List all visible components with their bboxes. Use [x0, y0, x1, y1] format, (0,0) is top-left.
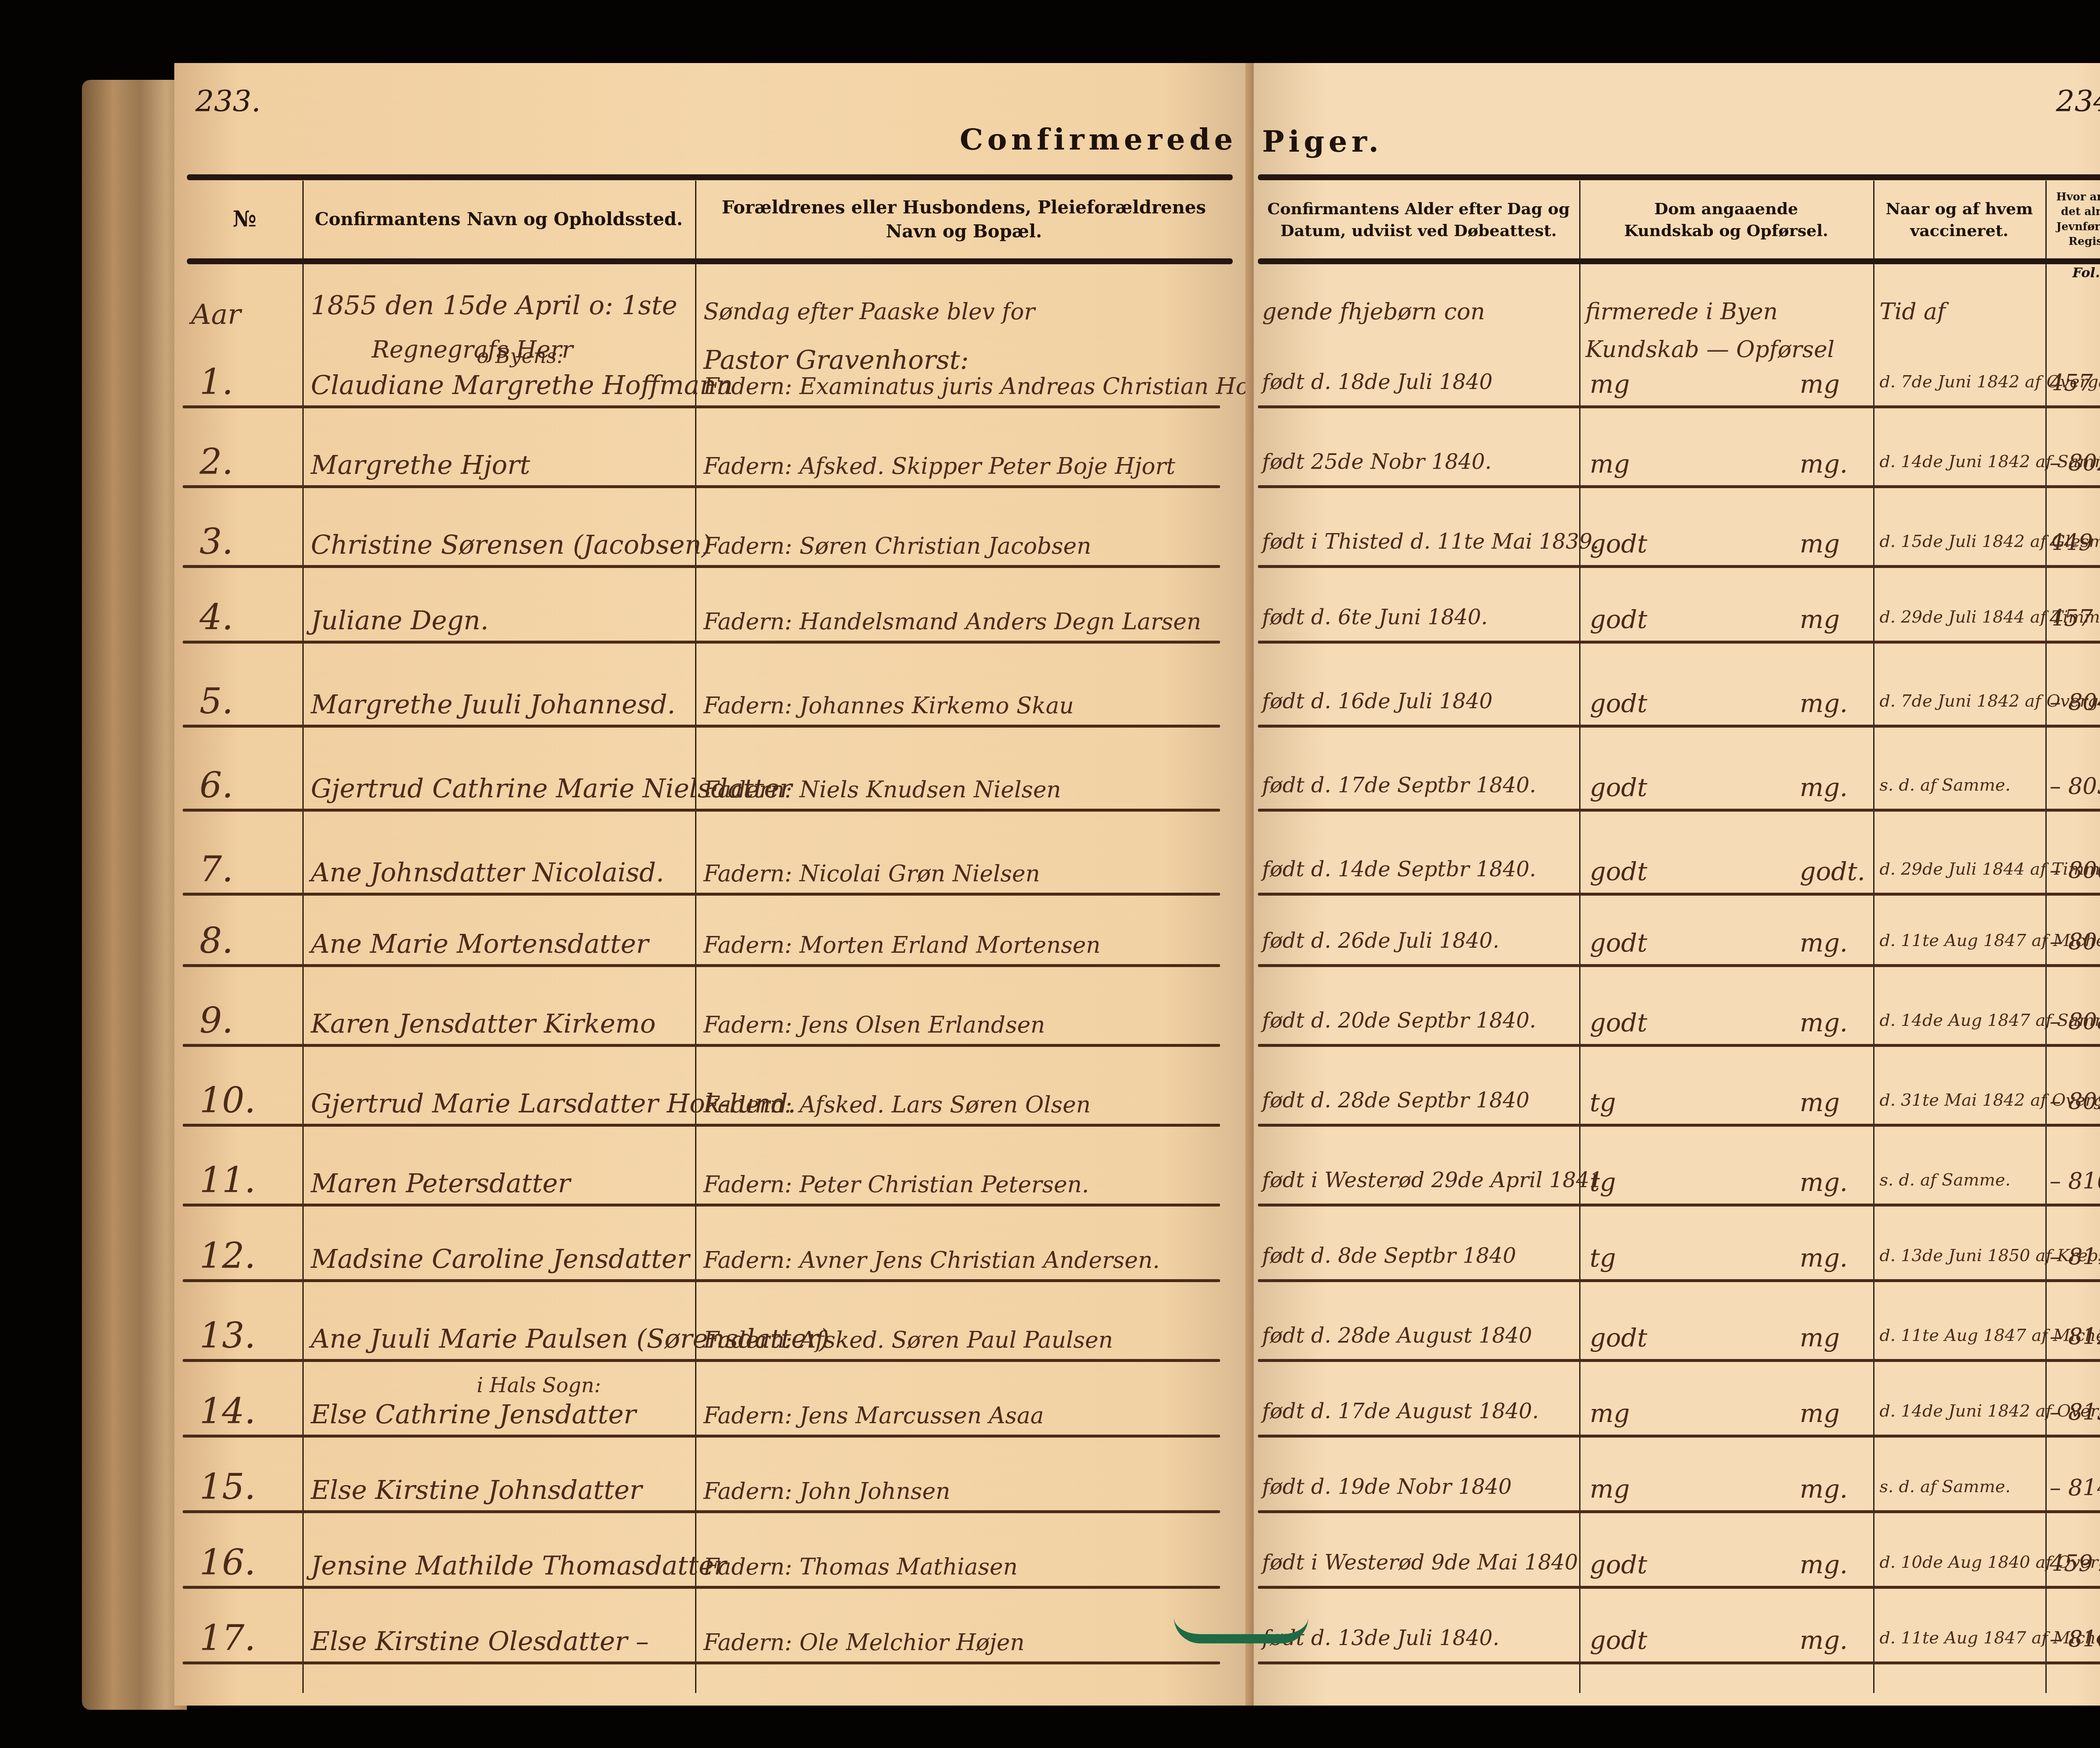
entry-knowledge: godt: [1590, 529, 1647, 559]
entry-name: Ane Marie Mortensdatter: [311, 928, 648, 959]
row-rule: [1258, 405, 2100, 408]
preamble-age: gende fhjebørn con: [1262, 298, 1485, 325]
column-header-age: Confirmantens Alder efter Dag og Datum, …: [1258, 181, 1579, 258]
title-left: Confirmerede: [960, 122, 1237, 157]
entry-knowledge: tg: [1590, 1243, 1616, 1273]
entry-birth-date: født 25de Nobr 1840.: [1262, 449, 1492, 474]
entry-conduct: mg: [1800, 1088, 1840, 1117]
entry-number: 14.: [199, 1391, 256, 1432]
entry-birth-date: født i Westerød 9de Mai 1840: [1262, 1550, 1578, 1575]
right-page: 234. Piger. Confirmantens Alder efter Da…: [1254, 63, 2100, 1706]
entry-vaccinated: s. d. af Samme.: [1879, 775, 2011, 795]
entry-conduct: mg.: [1800, 928, 1848, 958]
row-rule: [1258, 1661, 2100, 1664]
entry-name: Else Kirstine Johnsdatter: [311, 1475, 642, 1505]
entry-register: – 810.: [2050, 1168, 2100, 1194]
entry-parents: Fadern: Thomas Mathiasen: [703, 1553, 1018, 1580]
left-page-number: 233.: [195, 84, 261, 118]
entry-parents: Fadern: Nicolai Grøn Nielsen: [703, 860, 1040, 887]
entry-birth-date: født d. 16de Juli 1840: [1262, 689, 1493, 713]
entry-parents: Fadern: Handelsmand Anders Degn Larsen: [703, 608, 1201, 635]
open-register-book: 233. Confirmerede № Confirmantens Navn o…: [82, 55, 2100, 1718]
column-header-name: Confirmantens Navn og Opholdssted.: [302, 181, 695, 258]
row-rule: [183, 893, 1220, 896]
preamble-parents-1: Søndag efter Paaske blev for: [703, 298, 1035, 325]
entry-name: Else Cathrine Jensdatter: [311, 1399, 636, 1430]
entry-birth-date: født i Thisted d. 11te Mai 1839.: [1262, 529, 1599, 554]
year-label: Aar: [191, 298, 241, 331]
entry-conduct: mg: [1800, 605, 1840, 634]
right-page-number: 234.: [2056, 84, 2100, 118]
entry-knowledge: godt: [1590, 773, 1647, 802]
entry-conduct: mg.: [1800, 689, 1848, 718]
row-rule: [183, 725, 1220, 728]
entry-register: – 809: [2050, 1088, 2100, 1115]
row-rule: [183, 485, 1220, 488]
row-rule: [1258, 893, 2100, 896]
entry-birth-date: født d. 17de August 1840.: [1262, 1399, 1539, 1423]
entry-register: – 816: [2050, 1626, 2100, 1652]
entry-knowledge: godt: [1590, 1323, 1647, 1353]
header-bottom-rule: [1258, 258, 2100, 264]
column-header-no: №: [187, 181, 302, 258]
entry-conduct: mg.: [1800, 1550, 1848, 1580]
entry-number: 10.: [199, 1080, 256, 1121]
row-rule: [183, 641, 1220, 644]
entry-number: 9.: [199, 1000, 233, 1041]
row-rule: [1258, 1124, 2100, 1127]
row-rule: [183, 1044, 1220, 1047]
entry-number: 16.: [199, 1542, 256, 1583]
entry-knowledge: mg: [1590, 449, 1630, 479]
row-rule: [183, 1124, 1220, 1127]
entry-knowledge: mg: [1590, 370, 1630, 399]
entry-register: 459 – 815.: [2050, 1550, 2100, 1577]
entry-name: Ane Johnsdatter Nicolaisd.: [311, 857, 664, 888]
entry-name: Else Kirstine Olesdatter –: [311, 1626, 649, 1656]
entry-conduct: mg.: [1800, 1168, 1848, 1197]
entry-name-note: i Hals Sogn:: [477, 1374, 601, 1397]
row-rule: [1258, 964, 2100, 967]
header-top-rule: [1258, 174, 2100, 180]
entry-name: Jensine Mathilde Thomasdatter: [311, 1550, 727, 1581]
entry-conduct: mg.: [1800, 1243, 1848, 1273]
row-rule: [183, 964, 1220, 967]
entry-register: 449 – 677.: [2050, 529, 2100, 556]
entry-conduct: mg.: [1800, 1475, 1848, 1504]
entry-name: Claudiane Margrethe Hoffmann: [311, 370, 733, 400]
entry-birth-date: født i Westerød 29de April 1841: [1262, 1168, 1603, 1192]
row-rule: [183, 1279, 1220, 1282]
entry-birth-date: født d. 14de Septbr 1840.: [1262, 857, 1536, 881]
preamble-vaccinated: Tid af: [1879, 298, 1945, 325]
entry-parents: Fadern: Johannes Kirkemo Skau: [703, 692, 1074, 719]
row-rule: [183, 1359, 1220, 1362]
entry-knowledge: mg: [1590, 1475, 1630, 1504]
entry-knowledge: godt: [1590, 928, 1647, 958]
column-header-vaccinated: Naar og af hvem vaccineret.: [1873, 181, 2045, 258]
entry-knowledge: mg: [1590, 1399, 1630, 1428]
row-rule: [1258, 1510, 2100, 1513]
entry-register: – 804: [2050, 689, 2100, 715]
entry-register: 457 – 801.: [2050, 370, 2100, 396]
row-rule: [183, 1586, 1220, 1589]
row-rule: [1258, 641, 2100, 644]
entry-knowledge: tg: [1590, 1088, 1616, 1117]
entry-number: 3.: [199, 521, 233, 562]
entry-vaccinated: s. d. af Samme.: [1879, 1170, 2011, 1190]
entry-number: 12.: [199, 1235, 256, 1276]
entry-knowledge: godt: [1590, 689, 1647, 718]
row-rule: [183, 405, 1220, 408]
entry-number: 6.: [199, 765, 233, 806]
entry-name: Maren Petersdatter: [311, 1168, 570, 1199]
entry-knowledge: godt: [1590, 605, 1647, 634]
entry-conduct: mg: [1800, 1399, 1840, 1428]
row-rule: [183, 1204, 1220, 1207]
entry-birth-date: født d. 28de August 1840: [1262, 1323, 1532, 1348]
row-rule: [1258, 1279, 2100, 1282]
entry-parents: Fadern: Søren Christian Jacobsen: [703, 533, 1091, 559]
entry-conduct: mg.: [1800, 1626, 1848, 1655]
title-right: Piger.: [1262, 124, 1383, 159]
row-rule: [183, 809, 1220, 812]
entry-number: 13.: [199, 1315, 256, 1356]
entry-number: 11.: [199, 1159, 256, 1201]
entry-conduct: mg: [1800, 1323, 1840, 1353]
entry-parents: Fadern: Peter Christian Petersen.: [703, 1171, 1089, 1198]
entry-parents: Fadern: Morten Erland Mortensen: [703, 932, 1100, 958]
entry-knowledge: tg: [1590, 1168, 1616, 1197]
entry-conduct: mg: [1800, 370, 1840, 399]
entry-birth-date: født d. 20de Septbr 1840.: [1262, 1008, 1536, 1033]
column-subheader-fol: Fol. №: [2045, 260, 2100, 286]
entry-register: 457 – 803.: [2050, 605, 2100, 631]
entry-knowledge: godt: [1590, 1550, 1647, 1580]
entry-parents: Fadern: Jens Olsen Erlandsen: [703, 1012, 1045, 1038]
entry-name: Margrethe Juuli Johannesd.: [311, 689, 675, 720]
entry-register: – 807.: [2050, 928, 2100, 955]
column-header-register: Hvor anført i det almind. Jevnførelses-R…: [2045, 181, 2100, 258]
row-rule: [1258, 1359, 2100, 1362]
entry-register: – 806.: [2050, 857, 2100, 883]
entry-conduct: mg: [1800, 529, 1840, 559]
entry-conduct: mg.: [1800, 449, 1848, 479]
entry-register: – 812: [2050, 1323, 2100, 1350]
entry-number: 1.: [199, 361, 233, 402]
entry-register: – 814: [2050, 1475, 2100, 1501]
row-rule: [1258, 1435, 2100, 1438]
entry-register: – 802.: [2050, 449, 2100, 476]
entry-number: 17.: [199, 1617, 256, 1659]
left-page-stack: [82, 80, 187, 1710]
entry-parents: Fadern: Afsked. Søren Paul Paulsen: [703, 1327, 1113, 1353]
row-rule: [1258, 809, 2100, 812]
entry-knowledge: godt: [1590, 1626, 1647, 1655]
row-rule: [1258, 1204, 2100, 1207]
entry-birth-date: født d. 18de Juli 1840: [1262, 370, 1493, 394]
entry-name: Madsine Caroline Jensdatter: [311, 1243, 690, 1274]
header-top-rule: [187, 174, 1233, 180]
entry-parents: Fadern: Afsked. Skipper Peter Boje Hjort: [703, 453, 1175, 479]
bookmark-ribbon[interactable]: [1174, 1617, 1308, 1643]
entry-number: 2.: [199, 441, 233, 482]
row-rule: [1258, 1586, 2100, 1589]
row-rule: [1258, 485, 2100, 488]
entry-register: – 805: [2050, 773, 2100, 799]
entry-knowledge: godt: [1590, 1008, 1647, 1038]
preamble-judgement-2: Kundskab — Opførsel: [1585, 336, 1835, 363]
entry-number: 5.: [199, 681, 233, 722]
entry-conduct: godt.: [1800, 857, 1865, 886]
entry-parents: Fadern: Examinatus juris Andreas Christi…: [703, 373, 1330, 400]
preamble-date: 1855 den 15de April o: 1ste: [311, 290, 677, 321]
entry-name: Karen Jensdatter Kirkemo: [311, 1008, 656, 1039]
entry-birth-date: født d. 19de Nobr 1840: [1262, 1475, 1512, 1499]
entry-parents: Fadern: Jens Marcussen Asaa: [703, 1402, 1044, 1429]
entry-number: 8.: [199, 920, 233, 961]
column-header-judgement: Dom angaaende Kundskab og Opførsel.: [1579, 181, 1873, 258]
preamble-judgement-1: firmerede i Byen: [1585, 298, 1778, 325]
row-rule: [183, 1661, 1220, 1664]
entry-parents: Fadern: Niels Knudsen Nielsen: [703, 776, 1061, 803]
entry-conduct: mg.: [1800, 773, 1848, 802]
row-rule: [183, 1435, 1220, 1438]
row-rule: [1258, 565, 2100, 568]
entry-birth-date: født d. 28de Septbr 1840: [1262, 1088, 1530, 1112]
entry-parents: Fadern: Afsked. Lars Søren Olsen: [703, 1091, 1091, 1118]
entry-register: – 811.: [2050, 1243, 2100, 1270]
entry-birth-date: født d. 26de Juli 1840.: [1262, 928, 1499, 953]
entry-birth-date: født d. 8de Septbr 1840: [1262, 1243, 1516, 1268]
entry-parents: Fadern: Ole Melchior Højen: [703, 1629, 1025, 1656]
entry-birth-date: født d. 6te Juni 1840.: [1262, 605, 1488, 629]
entry-parents: Fadern: Avner Jens Christian Andersen.: [703, 1247, 1160, 1273]
entry-register: – 808.: [2050, 1008, 2100, 1035]
entry-register: – 813: [2050, 1399, 2100, 1425]
entry-parents: Fadern: John Johnsen: [703, 1478, 950, 1504]
entry-name: Margrethe Hjort: [311, 449, 530, 480]
entry-number: 15.: [199, 1466, 256, 1507]
entry-knowledge: godt: [1590, 857, 1647, 886]
row-rule: [1258, 1044, 2100, 1047]
entry-name-note: o Byens:: [477, 344, 564, 368]
entry-name: Christine Sørensen (Jacobsen): [311, 529, 711, 560]
entry-name: Juliane Degn.: [311, 605, 488, 636]
row-rule: [183, 1510, 1220, 1513]
entry-number: 7.: [199, 849, 233, 890]
row-rule: [183, 565, 1220, 568]
entry-vaccinated: s. d. af Samme.: [1879, 1477, 2011, 1496]
entry-number: 4.: [199, 597, 233, 638]
preamble-parents-2: Pastor Gravenhorst:: [703, 344, 969, 375]
entry-conduct: mg.: [1800, 1008, 1848, 1038]
entry-birth-date: født d. 17de Septbr 1840.: [1262, 773, 1536, 797]
left-page: 233. Confirmerede № Confirmantens Navn o…: [174, 63, 1249, 1706]
header-bottom-rule: [187, 258, 1233, 264]
row-rule: [1258, 725, 2100, 728]
column-header-parents: Forældrenes eller Husbondens, Pleieforæl…: [695, 181, 1233, 258]
